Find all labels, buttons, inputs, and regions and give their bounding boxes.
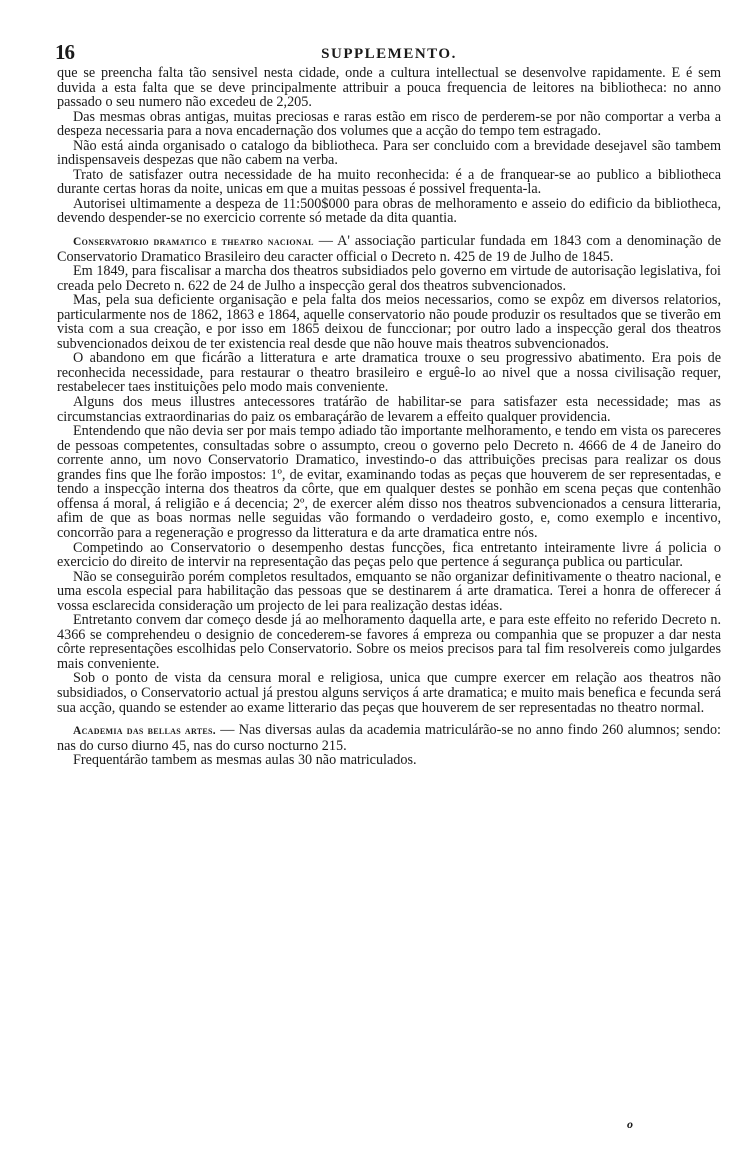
paragraph: que se preencha falta tão sensivel nesta…: [57, 66, 721, 110]
footer-mark: o: [627, 1117, 633, 1132]
paragraph: Não se conseguirão porém completos resul…: [57, 570, 721, 614]
page-header: 16 SUPPLEMENTO.: [57, 38, 721, 66]
paragraph-text: Trato de satisfazer outra necessidade de…: [57, 167, 721, 198]
paragraph: O abandono em que ficárão a litteratura …: [57, 351, 721, 395]
section-conservatorio: Conservatorio dramatico e theatro nacion…: [57, 234, 721, 264]
paragraph-text: Sob o ponto de vista da censura moral e …: [57, 670, 721, 715]
paragraph: Entendendo que não devia ser por mais te…: [57, 424, 721, 540]
paragraph-text: O abandono em que ficárão a litteratura …: [57, 350, 721, 395]
paragraph-text: Autorisei ultimamente a despeza de 11:50…: [57, 196, 721, 227]
paragraph-text: Não está ainda organisado o catalogo da …: [57, 138, 721, 169]
paragraph-text: Entendendo que não devia ser por mais te…: [57, 423, 721, 541]
body-text: que se preencha falta tão sensivel nesta…: [57, 66, 721, 768]
paragraph: Competindo ao Conservatorio o desempenho…: [57, 541, 721, 570]
paragraph-text: Mas, pela sua deficiente organisação e p…: [57, 292, 721, 352]
paragraph: Mas, pela sua deficiente organisação e p…: [57, 293, 721, 351]
paragraph: Trato de satisfazer outra necessidade de…: [57, 168, 721, 197]
paragraph: Alguns dos meus illustres antecessores t…: [57, 395, 721, 424]
document-page: 16 SUPPLEMENTO. que se preencha falta tã…: [57, 38, 721, 768]
paragraph: Frequentárão tambem as mesmas aulas 30 n…: [57, 753, 721, 768]
paragraph-text: Frequentárão tambem as mesmas aulas 30 n…: [73, 752, 417, 768]
paragraph: Das mesmas obras antigas, muitas precios…: [57, 110, 721, 139]
section-academia: Academia das bellas artes. — Nas diversa…: [57, 723, 721, 753]
paragraph: Em 1849, para fiscalisar a marcha dos th…: [57, 264, 721, 293]
paragraph-text: que se preencha falta tão sensivel nesta…: [57, 65, 721, 110]
paragraph-text: Competindo ao Conservatorio o desempenho…: [57, 540, 721, 571]
paragraph: Autorisei ultimamente a despeza de 11:50…: [57, 197, 721, 226]
section-heading: Academia das bellas artes.: [73, 725, 216, 737]
paragraph-text: Alguns dos meus illustres antecessores t…: [57, 394, 721, 425]
paragraph-text: Em 1849, para fiscalisar a marcha dos th…: [57, 263, 721, 294]
paragraph-text: Das mesmas obras antigas, muitas precios…: [57, 109, 721, 140]
paragraph: Sob o ponto de vista da censura moral e …: [57, 671, 721, 715]
paragraph: Não está ainda organisado o catalogo da …: [57, 139, 721, 168]
paragraph: Entretanto convem dar começo desde já ao…: [57, 613, 721, 671]
paragraph-text: Entretanto convem dar começo desde já ao…: [57, 612, 721, 672]
paragraph-text: Não se conseguirão porém completos resul…: [57, 569, 721, 614]
section-heading: Conservatorio dramatico e theatro nacion…: [73, 236, 314, 248]
running-head: SUPPLEMENTO.: [57, 46, 721, 63]
